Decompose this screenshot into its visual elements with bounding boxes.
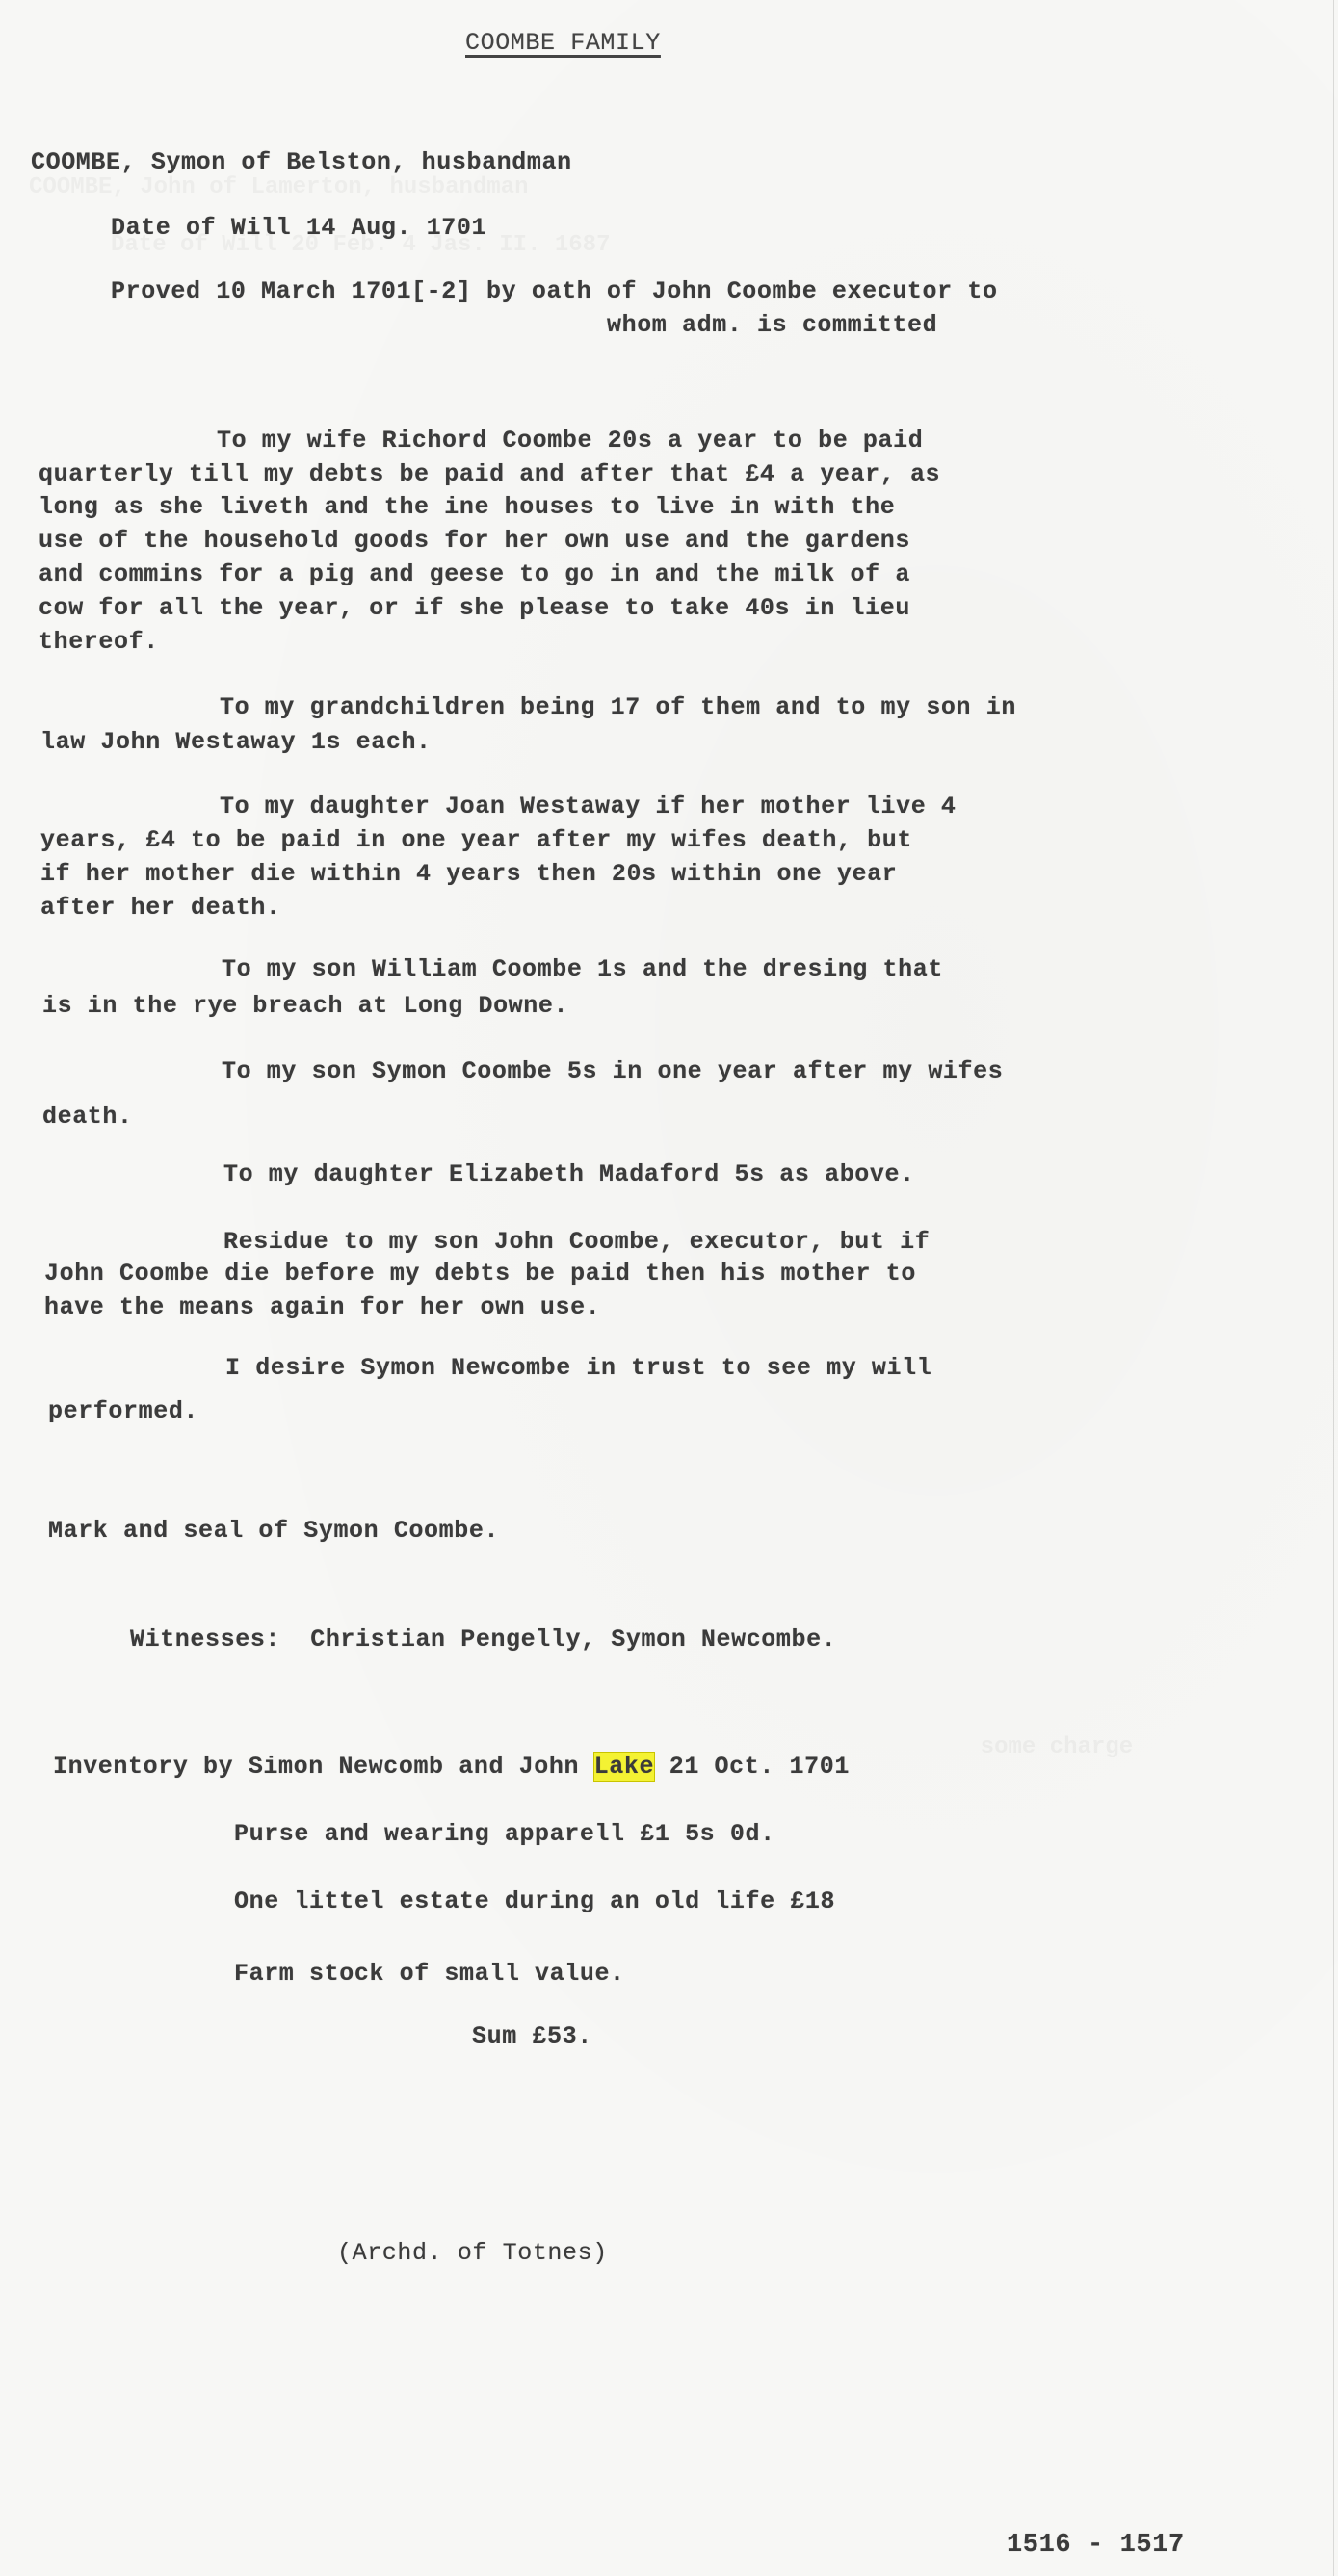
proved-line: Proved 10 March 1701[-2] by oath of John…	[111, 277, 998, 306]
page-edge	[1333, 0, 1334, 2576]
paragraph-line: To my wife Richord Coombe 20s a year to …	[217, 427, 923, 455]
paragraph-line: is in the rye breach at Long Downe.	[42, 992, 568, 1021]
inventory-item: One littel estate during an old life £18	[234, 1887, 835, 1916]
paragraph-line: To my son Symon Coombe 5s in one year af…	[222, 1057, 1003, 1086]
date-of-will: Date of Will 14 Aug. 1701	[111, 214, 486, 243]
proved-line-continued: whom adm. is committed	[607, 311, 937, 340]
paragraph-line: cow for all the year, or if she please t…	[39, 594, 910, 623]
paragraph-line: thereof.	[39, 628, 159, 657]
paragraph-line: performed.	[48, 1397, 198, 1426]
page-numbers: 1516 - 1517	[1007, 2531, 1185, 2560]
paragraph-line: Residue to my son John Coombe, executor,…	[223, 1228, 930, 1257]
paragraph-line: To my grandchildren being 17 of them and…	[220, 693, 1016, 722]
paragraph-line: use of the household goods for her own u…	[39, 527, 910, 556]
inventory-sum: Sum £53.	[472, 2022, 592, 2051]
paragraph-line: I desire Symon Newcombe in trust to see …	[225, 1354, 931, 1383]
bleed-through-text: COOMBE, John of Lamerton, husbandman	[29, 173, 528, 202]
paragraph-line: To my son William Coombe 1s and the dres…	[222, 955, 943, 984]
inventory-date: 21 Oct. 1701	[654, 1753, 850, 1781]
paragraph-line: long as she liveth and the ine houses to…	[39, 493, 895, 522]
paragraph-line: years, £4 to be paid in one year after m…	[40, 826, 912, 855]
source-note: (Archd. of Totnes)	[337, 2239, 608, 2268]
paragraph-line: John Coombe die before my debts be paid …	[44, 1260, 916, 1288]
mark-and-seal: Mark and seal of Symon Coombe.	[48, 1517, 499, 1546]
paragraph-line: To my daughter Joan Westaway if her moth…	[220, 793, 957, 821]
document-page: COOMBE, John of Lamerton, husbandman Dat…	[0, 0, 1338, 2576]
paragraph-line: and commins for a pig and geese to go in…	[39, 560, 910, 589]
page-title: COOMBE FAMILY	[465, 29, 661, 58]
inventory-item: Farm stock of small value.	[234, 1960, 625, 1989]
paragraph-line: if her mother die within 4 years then 20…	[40, 860, 897, 889]
inventory-item: Purse and wearing apparell £1 5s 0d.	[234, 1820, 775, 1849]
inventory-heading: Inventory by Simon Newcomb and John Lake…	[53, 1753, 850, 1782]
paragraph-line: To my daughter Elizabeth Madaford 5s as …	[223, 1160, 915, 1189]
inventory-text: Inventory by Simon Newcomb and John	[53, 1753, 594, 1781]
entry-heading: COOMBE, Symon of Belston, husbandman	[31, 148, 572, 177]
paragraph-line: have the means again for her own use.	[44, 1293, 600, 1322]
paragraph-line: law John Westaway 1s each.	[40, 728, 432, 757]
highlighted-word: Lake	[594, 1753, 654, 1781]
paragraph-line: after her death.	[40, 894, 281, 923]
paragraph-line: death.	[42, 1103, 133, 1132]
witnesses: Witnesses: Christian Pengelly, Symon New…	[130, 1626, 836, 1654]
paragraph-line: quarterly till my debts be paid and afte…	[39, 460, 940, 489]
